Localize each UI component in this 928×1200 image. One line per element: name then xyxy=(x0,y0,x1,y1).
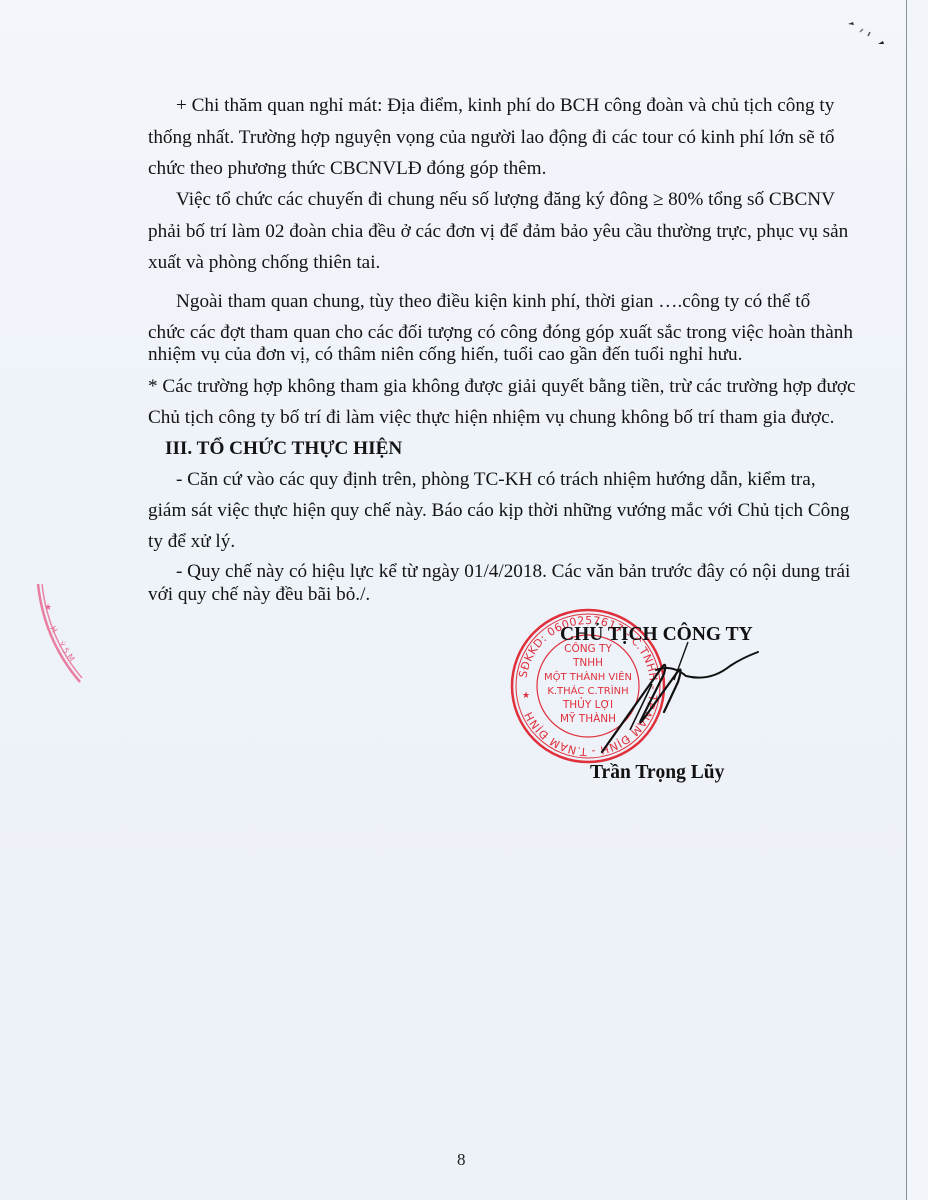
paragraph-line: với quy chế này đều bãi bỏ./. xyxy=(148,583,773,607)
svg-text:★: ★ xyxy=(522,691,530,701)
paragraph-line: chức các đợt tham quan cho các đối tượng… xyxy=(148,321,773,345)
paragraph-line: + Chi thăm quan nghỉ mát: Địa điểm, kinh… xyxy=(176,94,773,118)
paragraph-line: Việc tổ chức các chuyến đi chung nếu số … xyxy=(176,188,773,212)
signer-name: Trần Trọng Lũy xyxy=(590,762,724,784)
paragraph-line: * Các trường hợp không tham gia không đư… xyxy=(148,375,773,399)
document-page: + Chi thăm quan nghỉ mát: Địa điểm, kinh… xyxy=(0,0,907,1200)
scan-margin xyxy=(907,0,928,1200)
scan-marks-icon xyxy=(848,18,898,48)
paragraph-line: thống nhất. Trường hợp nguyện vọng của n… xyxy=(148,126,773,150)
paragraph-line: xuất và phòng chống thiên tai. xyxy=(148,251,773,275)
paragraph-line: - Quy chế này có hiệu lực kể từ ngày 01/… xyxy=(176,560,773,584)
signature-icon xyxy=(590,640,770,760)
paragraph-line: nhiệm vụ của đơn vị, có thâm niên cống h… xyxy=(148,343,773,367)
paragraph-line: chức theo phương thức CBCNVLĐ đóng góp t… xyxy=(148,157,773,181)
svg-text:★: ★ xyxy=(44,603,52,613)
paragraph-line: - Căn cứ vào các quy định trên, phòng TC… xyxy=(176,468,773,492)
paragraph-line: phải bố trí làm 02 đoàn chia đều ở các đ… xyxy=(148,220,773,244)
page-number: 8 xyxy=(457,1150,466,1170)
paragraph-line: giám sát việc thực hiện quy chế này. Báo… xyxy=(148,499,773,523)
paragraph-line: Chủ tịch công ty bố trí đi làm việc thực… xyxy=(148,406,773,430)
paragraph-line: Ngoài tham quan chung, tùy theo điều kiệ… xyxy=(176,290,773,314)
faded-stamp-icon: ★ H Ý 5 M xyxy=(30,580,90,690)
paragraph-line: ty để xử lý. xyxy=(148,530,773,554)
section-heading: III. TỔ CHỨC THỰC HIỆN xyxy=(165,437,402,461)
